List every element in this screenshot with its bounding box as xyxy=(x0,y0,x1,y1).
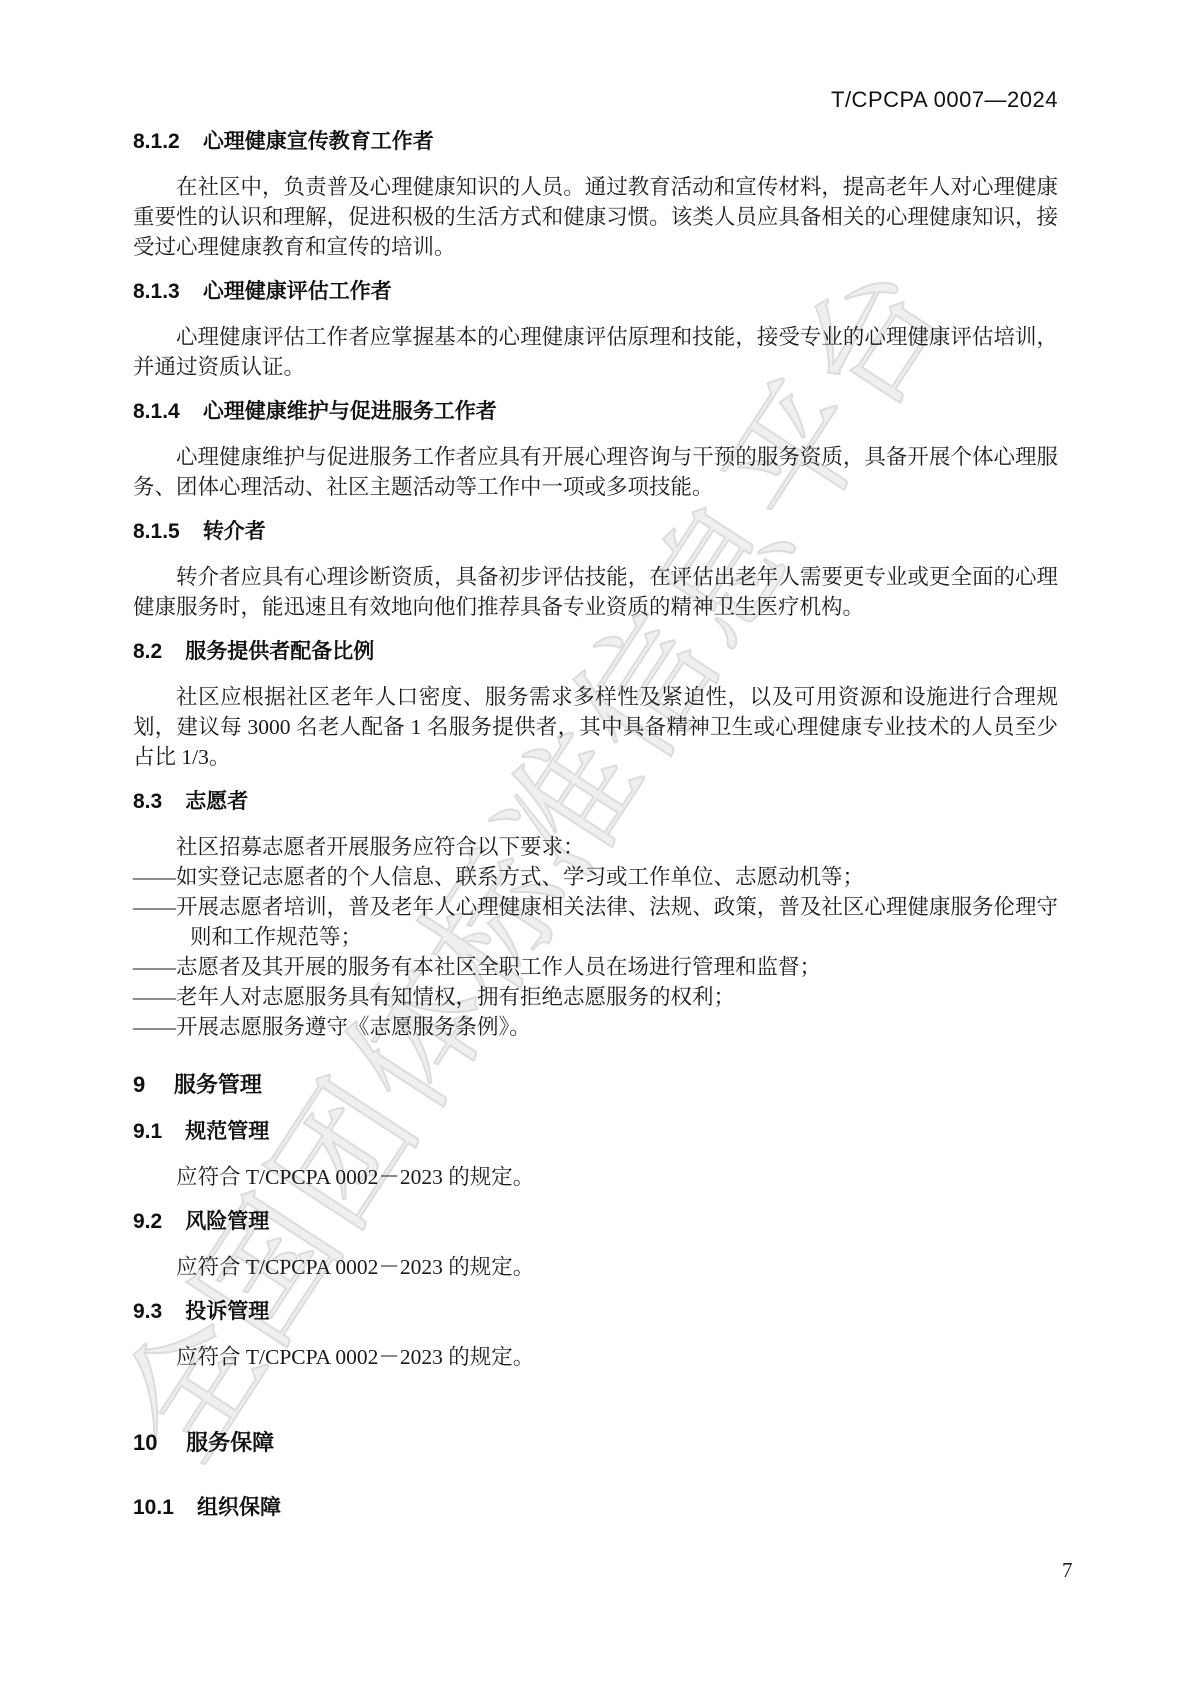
document-content: T/CPCPA 0007—2024 8.1.2心理健康宣传教育工作者 在社区中，… xyxy=(0,0,1190,1522)
heading-number: 10 xyxy=(133,1430,157,1455)
paragraph-8-1-2: 在社区中，负责普及心理健康知识的人员。通过教育活动和宣传材料，提高老年人对心理健… xyxy=(133,172,1058,262)
heading-title: 服务保障 xyxy=(186,1430,274,1455)
list-item: ——志愿者及其开展的服务有本社区全职工作人员在场进行管理和监督； xyxy=(133,952,1058,982)
heading-9-1: 9.1规范管理 xyxy=(133,1118,1058,1146)
heading-8-1-4: 8.1.4心理健康维护与促进服务工作者 xyxy=(133,398,1058,426)
heading-title: 服务管理 xyxy=(174,1072,262,1097)
heading-title: 服务提供者配备比例 xyxy=(185,640,374,663)
heading-title: 风险管理 xyxy=(185,1210,269,1233)
heading-title: 志愿者 xyxy=(185,790,248,813)
list-item: ——开展志愿服务遵守《志愿服务条例》。 xyxy=(133,1012,1058,1042)
heading-title: 心理健康宣传教育工作者 xyxy=(203,130,434,153)
paragraph-9-3: 应符合 T/CPCPA 0002－2023 的规定。 xyxy=(133,1342,1058,1372)
heading-number: 9.1 xyxy=(133,1120,162,1143)
heading-9: 9服务管理 xyxy=(133,1070,1058,1100)
standard-number-header: T/CPCPA 0007—2024 xyxy=(133,88,1058,112)
heading-number: 9 xyxy=(133,1072,145,1097)
heading-10: 10服务保障 xyxy=(133,1428,1058,1458)
heading-8-1-2: 8.1.2心理健康宣传教育工作者 xyxy=(133,128,1058,156)
heading-title: 心理健康评估工作者 xyxy=(203,280,392,303)
heading-number: 8.1.5 xyxy=(133,520,180,543)
heading-9-3: 9.3投诉管理 xyxy=(133,1298,1058,1326)
volunteer-list-intro: 社区招募志愿者开展服务应符合以下要求： xyxy=(133,832,1058,862)
heading-title: 心理健康维护与促进服务工作者 xyxy=(203,400,497,423)
heading-9-2: 9.2风险管理 xyxy=(133,1208,1058,1236)
heading-number: 8.1.4 xyxy=(133,400,180,423)
document-page: 全国团体标准信息平台 T/CPCPA 0007—2024 8.1.2心理健康宣传… xyxy=(0,0,1190,1683)
heading-number: 8.2 xyxy=(133,640,162,663)
paragraph-8-1-5: 转介者应具有心理诊断资质，具备初步评估技能，在评估出老年人需要更专业或更全面的心… xyxy=(133,562,1058,622)
heading-number: 10.1 xyxy=(133,1496,174,1519)
heading-8-1-5: 8.1.5转介者 xyxy=(133,518,1058,546)
heading-10-1: 10.1组织保障 xyxy=(133,1494,1058,1522)
page-number: 7 xyxy=(1062,1558,1073,1583)
heading-8-1-3: 8.1.3心理健康评估工作者 xyxy=(133,278,1058,306)
heading-number: 9.3 xyxy=(133,1300,162,1323)
heading-8-2: 8.2服务提供者配备比例 xyxy=(133,638,1058,666)
heading-number: 8.3 xyxy=(133,790,162,813)
heading-title: 组织保障 xyxy=(197,1496,281,1519)
list-item: ——老年人对志愿服务具有知情权，拥有拒绝志愿服务的权利； xyxy=(133,982,1058,1012)
list-item: ——开展志愿者培训，普及老年人心理健康相关法律、法规、政策，普及社区心理健康服务… xyxy=(133,892,1058,952)
heading-title: 投诉管理 xyxy=(185,1300,269,1323)
volunteer-requirements-list: ——如实登记志愿者的个人信息、联系方式、学习或工作单位、志愿动机等； ——开展志… xyxy=(133,862,1058,1042)
paragraph-8-1-4: 心理健康维护与促进服务工作者应具有开展心理咨询与干预的服务资质，具备开展个体心理… xyxy=(133,442,1058,502)
paragraph-9-1: 应符合 T/CPCPA 0002－2023 的规定。 xyxy=(133,1162,1058,1192)
paragraph-8-2: 社区应根据社区老年人口密度、服务需求多样性及紧迫性，以及可用资源和设施进行合理规… xyxy=(133,682,1058,772)
heading-number: 9.2 xyxy=(133,1210,162,1233)
heading-title: 转介者 xyxy=(203,520,266,543)
heading-title: 规范管理 xyxy=(185,1120,269,1143)
heading-number: 8.1.2 xyxy=(133,130,180,153)
paragraph-8-1-3: 心理健康评估工作者应掌握基本的心理健康评估原理和技能，接受专业的心理健康评估培训… xyxy=(133,322,1058,382)
heading-8-3: 8.3志愿者 xyxy=(133,788,1058,816)
list-item: ——如实登记志愿者的个人信息、联系方式、学习或工作单位、志愿动机等； xyxy=(133,862,1058,892)
paragraph-9-2: 应符合 T/CPCPA 0002－2023 的规定。 xyxy=(133,1252,1058,1282)
heading-number: 8.1.3 xyxy=(133,280,180,303)
